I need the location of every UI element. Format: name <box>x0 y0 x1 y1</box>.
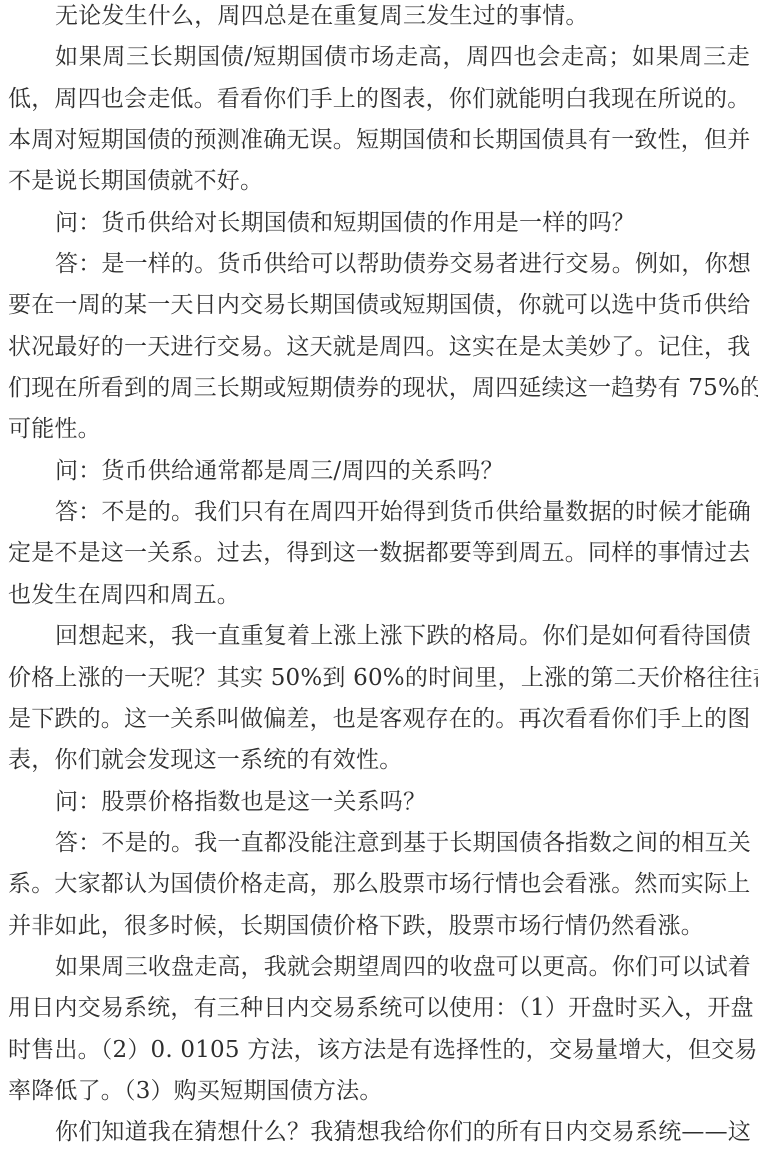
answer-paragraph: 答：是一样的。货币供给可以帮助债券交易者进行交易。例如，你想 要在一周的某一天日… <box>8 244 750 451</box>
paragraph: 无论发生什么，周四总是在重复周三发生过的事情。 <box>8 0 750 37</box>
paragraph-line: 问：股票价格指数也是这一关系吗？ <box>8 782 750 823</box>
paragraph-line: 你们知道我在猜想什么？我猜想我给你们的所有日内交易系统——这 <box>8 1112 750 1150</box>
paragraph-line: 可能性。 <box>8 409 750 450</box>
paragraph: 如果周三收盘走高，我就会期望周四的收盘可以更高。你们可以试着 用日内交易系统，有… <box>8 947 750 1112</box>
paragraph-line: 时售出。（2）0. 0105 方法，该方法是有选择性的，交易量增大，但交易频 <box>8 1030 750 1071</box>
paragraph-line: 率降低了。（3）购买短期国债方法。 <box>8 1071 750 1112</box>
paragraph-line: 定是不是这一关系。过去，得到这一数据都要等到周五。同样的事情过去 <box>8 533 750 574</box>
paragraph-line: 问：货币供给对长期国债和短期国债的作用是一样的吗？ <box>8 203 750 244</box>
paragraph-line: 要在一周的某一天日内交易长期国债或短期国债，你就可以选中货币供给 <box>8 285 750 326</box>
question-paragraph: 问：货币供给通常都是周三/周四的关系吗？ <box>8 451 750 492</box>
question-paragraph: 问：货币供给对长期国债和短期国债的作用是一样的吗？ <box>8 203 750 244</box>
paragraph-line: 用日内交易系统，有三种日内交易系统可以使用：（1）开盘时买入，开盘 <box>8 988 750 1029</box>
paragraph-line: 系。大家都认为国债价格走高，那么股票市场行情也会看涨。然而实际上 <box>8 864 750 905</box>
paragraph-line: 如果周三长期国债/短期国债市场走高，周四也会走高；如果周三走 <box>8 37 750 78</box>
paragraph-line: 答：是一样的。货币供给可以帮助债券交易者进行交易。例如，你想 <box>8 244 750 285</box>
paragraph-line: 本周对短期国债的预测准确无误。短期国债和长期国债具有一致性，但并 <box>8 120 750 161</box>
paragraph-line: 表，你们就会发现这一系统的有效性。 <box>8 740 750 781</box>
paragraph-line: 无论发生什么，周四总是在重复周三发生过的事情。 <box>8 0 750 37</box>
paragraph-line: 也发生在周四和周五。 <box>8 575 750 616</box>
paragraph-line: 答：不是的。我一直都没能注意到基于长期国债各指数之间的相互关 <box>8 823 750 864</box>
paragraph-line: 价格上涨的一天呢？其实 50%到 60%的时间里，上涨的第二天价格往往都 <box>8 658 750 699</box>
paragraph-line: 是下跌的。这一关系叫做偏差，也是客观存在的。再次看看你们手上的图 <box>8 699 750 740</box>
paragraph: 如果周三长期国债/短期国债市场走高，周四也会走高；如果周三走 低，周四也会走低。… <box>8 37 750 202</box>
answer-paragraph: 答：不是的。我一直都没能注意到基于长期国债各指数之间的相互关 系。大家都认为国债… <box>8 823 750 947</box>
paragraph: 你们知道我在猜想什么？我猜想我给你们的所有日内交易系统——这 <box>8 1112 750 1150</box>
paragraph-line: 问：货币供给通常都是周三/周四的关系吗？ <box>8 451 750 492</box>
paragraph-line: 并非如此，很多时候，长期国债价格下跌，股票市场行情仍然看涨。 <box>8 906 750 947</box>
paragraph-line: 如果周三收盘走高，我就会期望周四的收盘可以更高。你们可以试着 <box>8 947 750 988</box>
paragraph-line: 们现在所看到的周三长期或短期债券的现状，周四延续这一趋势有 75%的 <box>8 368 750 409</box>
paragraph-line: 状况最好的一天进行交易。这天就是周四。这实在是太美妙了。记住，我 <box>8 327 750 368</box>
paragraph-line: 答：不是的。我们只有在周四开始得到货币供给量数据的时候才能确 <box>8 492 750 533</box>
document-page: 无论发生什么，周四总是在重复周三发生过的事情。 如果周三长期国债/短期国债市场走… <box>8 0 750 1150</box>
paragraph-line: 回想起来，我一直重复着上涨上涨下跌的格局。你们是如何看待国债 <box>8 616 750 657</box>
paragraph-line: 不是说长期国债就不好。 <box>8 161 750 202</box>
paragraph: 回想起来，我一直重复着上涨上涨下跌的格局。你们是如何看待国债 价格上涨的一天呢？… <box>8 616 750 781</box>
answer-paragraph: 答：不是的。我们只有在周四开始得到货币供给量数据的时候才能确 定是不是这一关系。… <box>8 492 750 616</box>
question-paragraph: 问：股票价格指数也是这一关系吗？ <box>8 782 750 823</box>
paragraph-line: 低，周四也会走低。看看你们手上的图表，你们就能明白我现在所说的。 <box>8 79 750 120</box>
